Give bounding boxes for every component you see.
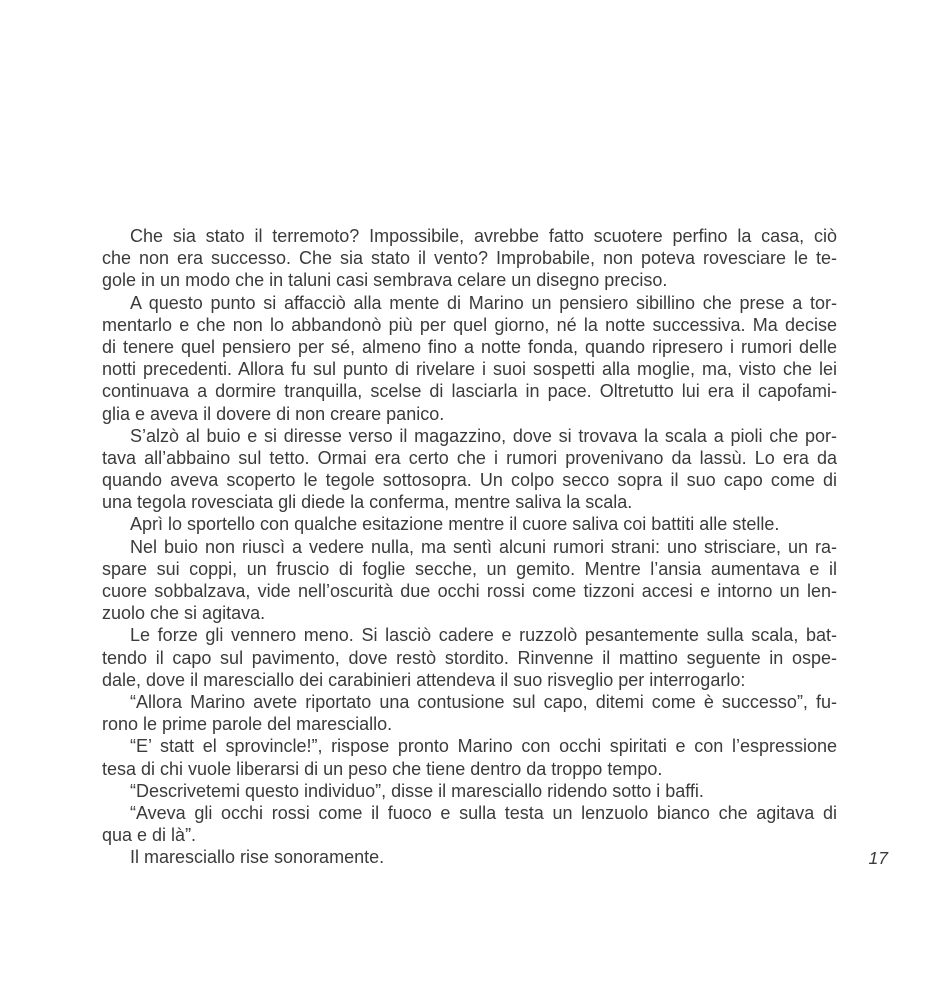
text-line: “Descrivetemi questo individuo”, disse i…	[102, 780, 837, 802]
text-line: qua e di là”.	[102, 824, 837, 846]
text-line: una tegola rovesciata gli diede la confe…	[102, 491, 837, 513]
text-line: Aprì lo sportello con qualche esitazione…	[102, 513, 837, 535]
text-line: Le forze gli vennero meno. Si lasciò cad…	[102, 624, 837, 646]
text-line: gole in un modo che in taluni casi sembr…	[102, 269, 837, 291]
text-line: zuolo che si agitava.	[102, 602, 837, 624]
text-line: spare sui coppi, un fruscio di foglie se…	[102, 558, 837, 580]
text-line: Il maresciallo rise sonoramente.	[102, 846, 837, 868]
page-number: 17	[869, 847, 888, 869]
text-line: dale, dove il maresciallo dei carabinier…	[102, 669, 837, 691]
text-line: glia e aveva il dovere di non creare pan…	[102, 403, 837, 425]
text-line: che non era successo. Che sia stato il v…	[102, 247, 837, 269]
text-line: notti precedenti. Allora fu sul punto di…	[102, 358, 837, 380]
text-line: continuava a dormire tranquilla, scelse …	[102, 380, 837, 402]
text-line: Nel buio non riuscì a vedere nulla, ma s…	[102, 536, 837, 558]
text-line: rono le prime parole del maresciallo.	[102, 713, 837, 735]
page-text: Che sia stato il terremoto? Impossibile,…	[102, 225, 837, 868]
text-line: cuore sobbalzava, vide nell’oscurità due…	[102, 580, 837, 602]
text-line: “Allora Marino avete riportato una contu…	[102, 691, 837, 713]
text-line: “Aveva gli occhi rossi come il fuoco e s…	[102, 802, 837, 824]
text-line: tava all’abbaino sul tetto. Ormai era ce…	[102, 447, 837, 469]
text-line: “E’ statt el sprovincle!”, rispose pront…	[102, 735, 837, 757]
text-line: tesa di chi vuole liberarsi di un peso c…	[102, 758, 837, 780]
text-line: Che sia stato il terremoto? Impossibile,…	[102, 225, 837, 247]
text-line: mentarlo e che non lo abbandonò più per …	[102, 314, 837, 336]
text-line: tendo il capo sul pavimento, dove restò …	[102, 647, 837, 669]
text-line: A questo punto si affacciò alla mente di…	[102, 292, 837, 314]
text-line: S’alzò al buio e si diresse verso il mag…	[102, 425, 837, 447]
text-line: di tenere quel pensiero per sé, almeno f…	[102, 336, 837, 358]
text-line: quando aveva scoperto le tegole sottosop…	[102, 469, 837, 491]
book-page: Che sia stato il terremoto? Impossibile,…	[0, 0, 942, 1000]
